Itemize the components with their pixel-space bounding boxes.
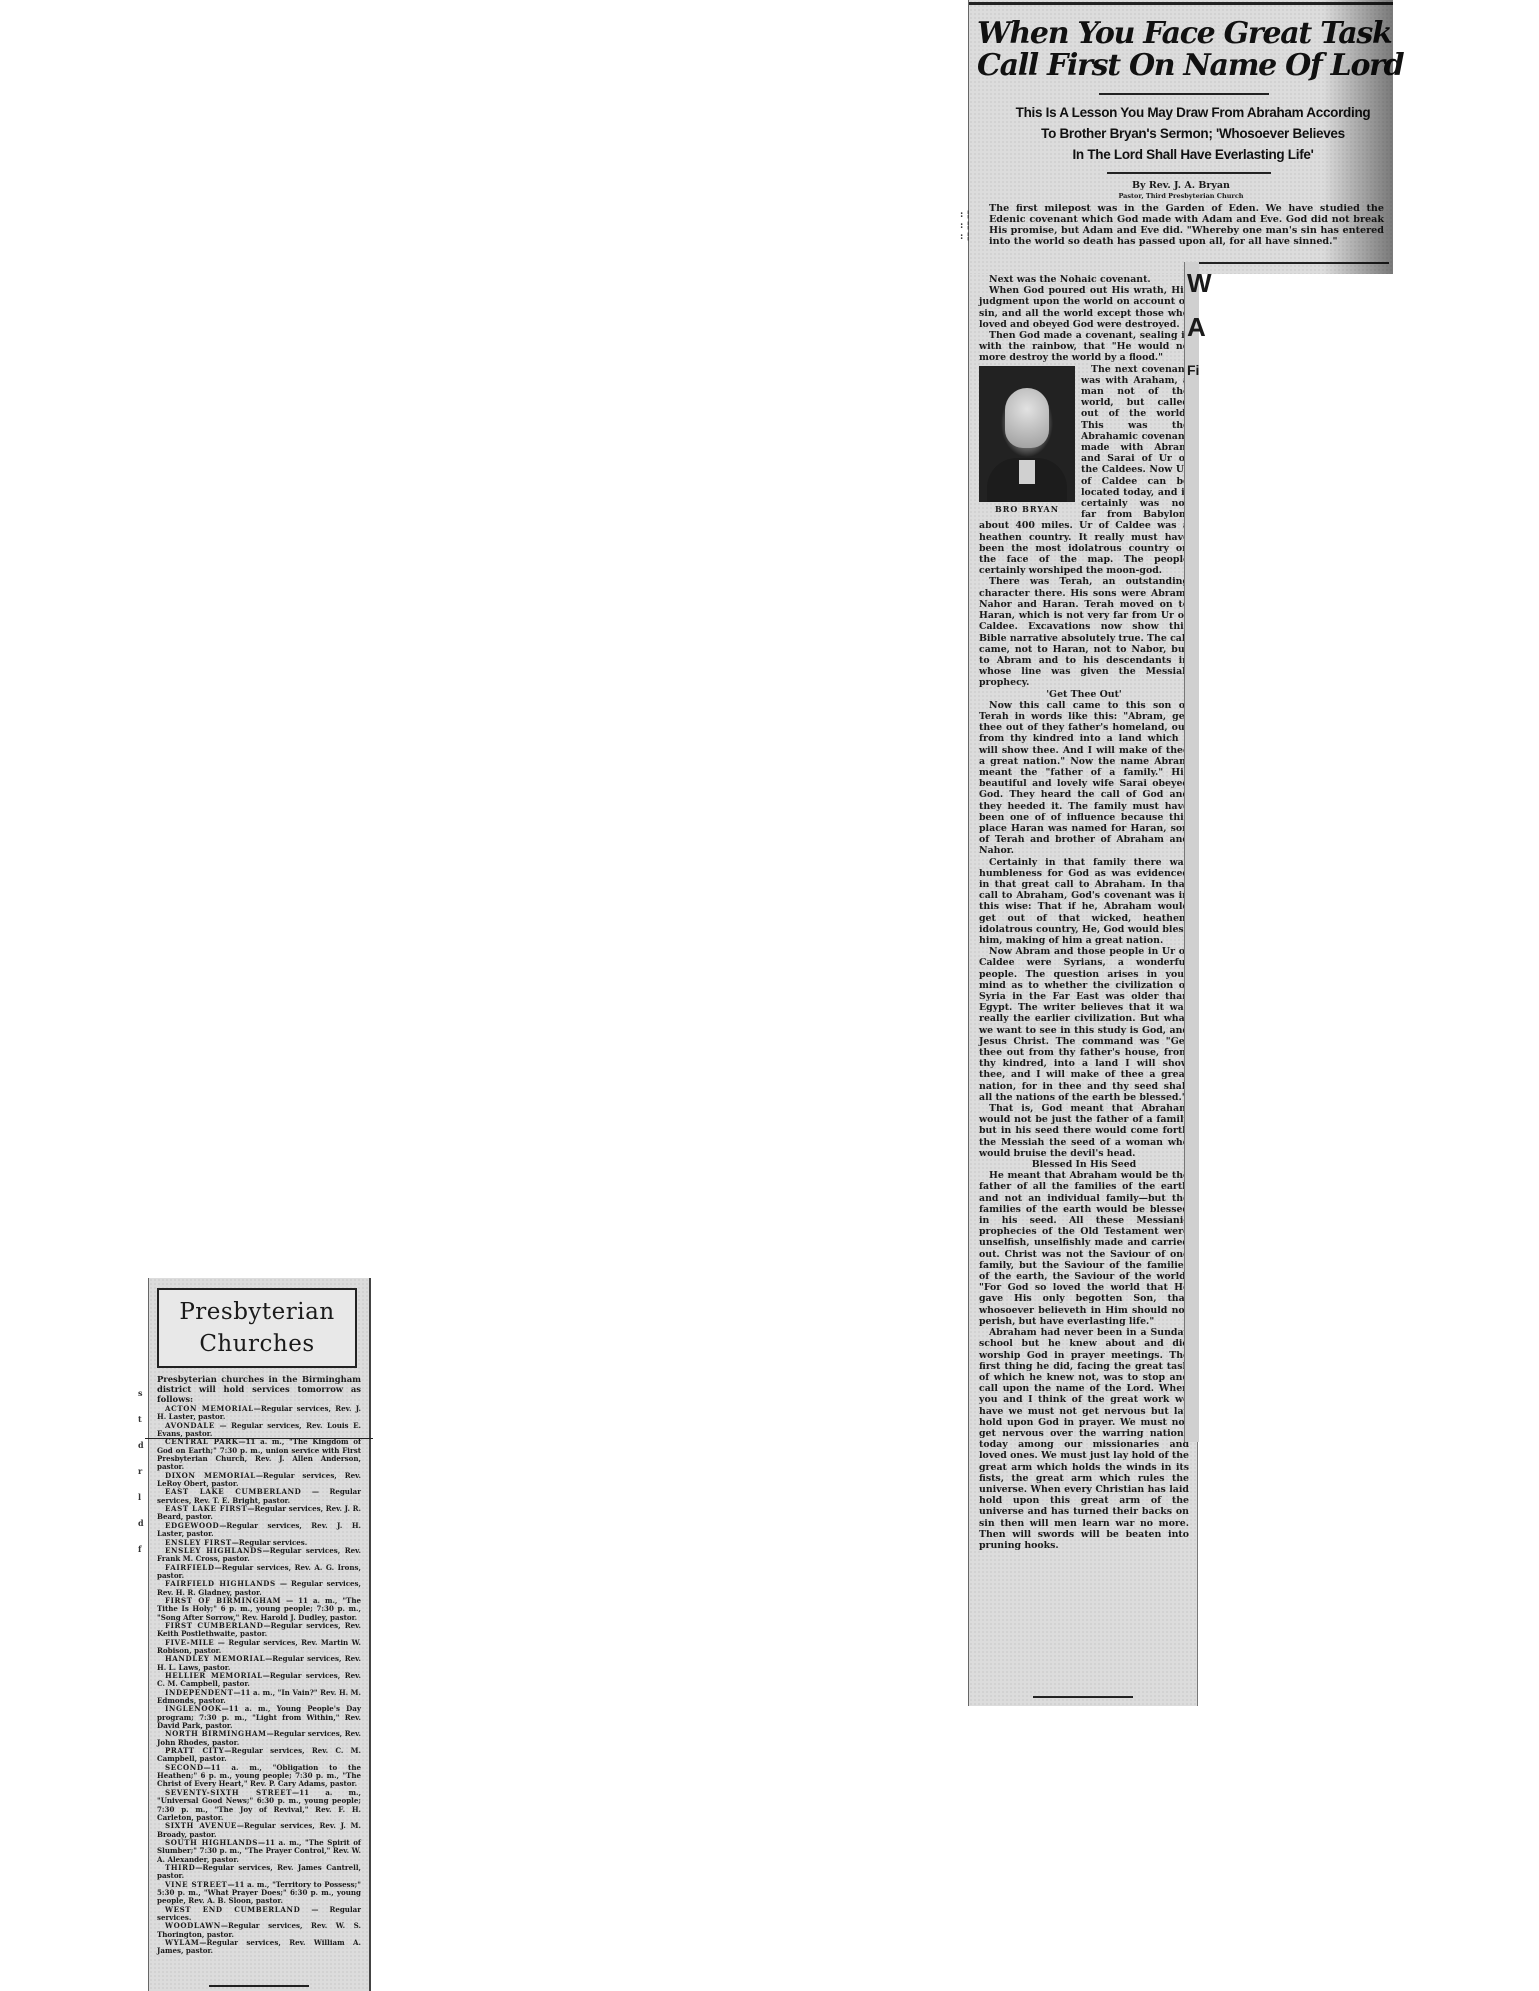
church-entry: EAST LAKE CUMBERLAND — Regular services,… xyxy=(157,1488,361,1505)
subheading: Blessed In His Seed xyxy=(979,1159,1189,1170)
subheading: 'Get Thee Out' xyxy=(979,689,1189,700)
adjacent-column-fragment: : ¦ : ¦ : ¦ xyxy=(960,210,970,243)
church-entry: EAST LAKE FIRST—Regular services, Rev. J… xyxy=(157,1505,361,1522)
scan-crease-line xyxy=(145,1438,373,1439)
church-entry: NORTH BIRMINGHAM—Regular services, Rev. … xyxy=(157,1730,361,1747)
church-entry: FAIRFIELD HIGHLANDS — Regular services, … xyxy=(157,1580,361,1597)
church-entry: PRATT CITY—Regular services, Rev. C. M. … xyxy=(157,1747,361,1764)
church-entry: SIXTH AVENUE—Regular services, Rev. J. M… xyxy=(157,1822,361,1839)
church-entry: WOODLAWN—Regular services, Rev. W. S. Th… xyxy=(157,1922,361,1939)
church-entry: FIVE-MILE — Regular services, Rev. Marti… xyxy=(157,1639,361,1656)
photo-caption: BRO BRYAN xyxy=(979,504,1075,515)
fragment-letter: Fi xyxy=(1187,362,1199,378)
adjacent-column-fragment: s t d r l d f xyxy=(138,1380,146,1562)
fragment-letter: W xyxy=(1187,268,1212,299)
church-listing-intro: Presbyterian churches in the Birmingham … xyxy=(157,1374,361,1405)
church-entry: THIRD—Regular services, Rev. James Cantr… xyxy=(157,1864,361,1881)
church-entry: DIXON MEMORIAL—Regular services, Rev. Le… xyxy=(157,1472,361,1489)
church-entry: HELLIER MEMORIAL—Regular services, Rev. … xyxy=(157,1672,361,1689)
church-entry: WEST END CUMBERLAND — Regular services. xyxy=(157,1906,361,1923)
church-entry: INDEPENDENT—11 a. m., "In Vain?" Rev. H.… xyxy=(157,1689,361,1706)
paragraph: Then God made a covenant, sealing it wit… xyxy=(979,330,1189,364)
church-entry: INGLENOOK—11 a. m., Young People's Day p… xyxy=(157,1705,361,1730)
church-entry: FIRST CUMBERLAND—Regular services, Rev. … xyxy=(157,1622,361,1639)
church-entry: ACTON MEMORIAL—Regular services, Rev. J.… xyxy=(157,1405,361,1422)
church-entry: FIRST OF BIRMINGHAM — 11 a. m., "The Tit… xyxy=(157,1597,361,1622)
paragraph: When God poured out His wrath, His judgm… xyxy=(979,285,1189,330)
portrait-image xyxy=(979,366,1075,502)
paragraph: Abraham had never been in a Sunday schoo… xyxy=(979,1327,1189,1551)
church-entry: WYLAM—Regular services, Rev. William A. … xyxy=(157,1939,361,1956)
church-entry: FAIRFIELD—Regular services, Rev. A. G. I… xyxy=(157,1564,361,1581)
church-listing-clipping: Presbyterian Churches Presbyterian churc… xyxy=(148,1278,371,1991)
scan-shadow xyxy=(1323,0,1393,274)
paragraph: That is, God meant that Abraham would no… xyxy=(979,1103,1189,1159)
headline-divider xyxy=(1099,93,1269,95)
church-entry: VINE STREET—11 a. m., "Territory to Poss… xyxy=(157,1881,361,1906)
paragraph: Now Abram and those people in Ur of Cald… xyxy=(979,946,1189,1103)
subhead-divider xyxy=(1107,172,1271,174)
article-body-clipping: Next was the Nohaic covenant. When God p… xyxy=(968,274,1198,1706)
fragment-letter: A xyxy=(1187,312,1206,343)
title-line-2: Churches xyxy=(159,1328,355,1360)
paragraph: There was Terah, an outstanding characte… xyxy=(979,576,1189,688)
article-end-rule xyxy=(1033,1696,1133,1698)
paragraph: He meant that Abraham would be the fathe… xyxy=(979,1170,1189,1327)
adjacent-article-fragment: W A Fi xyxy=(1184,262,1199,1442)
church-entry: SEVENTY-SIXTH STREET—11 a. m., "Universa… xyxy=(157,1789,361,1822)
church-entry: HANDLEY MEMORIAL—Regular services, Rev. … xyxy=(157,1655,361,1672)
paragraph: Next was the Nohaic covenant. xyxy=(979,274,1189,285)
article-body: Next was the Nohaic covenant. When God p… xyxy=(979,274,1189,1551)
portrait-collar xyxy=(1019,460,1035,484)
church-listing-title: Presbyterian Churches xyxy=(157,1288,357,1368)
church-entry: SECOND—11 a. m., "Obligation to the Heat… xyxy=(157,1764,361,1789)
church-list: ACTON MEMORIAL—Regular services, Rev. J.… xyxy=(157,1405,361,1956)
church-entry: CENTRAL PARK—11 a. m., "The Kingdom of G… xyxy=(157,1438,361,1471)
church-entry: AVONDALE — Regular services, Rev. Louis … xyxy=(157,1422,361,1439)
church-entry: ENSLEY HIGHLANDS—Regular services, Rev. … xyxy=(157,1547,361,1564)
paragraph: Now this call came to this son of Terah … xyxy=(979,700,1189,857)
portrait-photo: BRO BRYAN xyxy=(979,366,1075,516)
church-entry: EDGEWOOD—Regular services, Rev. J. H. La… xyxy=(157,1522,361,1539)
church-listing-end-rule xyxy=(209,1985,309,1987)
portrait-face xyxy=(1005,388,1049,448)
church-entry: SOUTH HIGHLANDS—11 a. m., "The Spirit of… xyxy=(157,1839,361,1864)
paragraph: Certainly in that family there was humbl… xyxy=(979,857,1189,947)
article-header-clipping: When You Face Great Task Call First On N… xyxy=(968,0,1393,274)
title-line-1: Presbyterian xyxy=(159,1296,355,1328)
